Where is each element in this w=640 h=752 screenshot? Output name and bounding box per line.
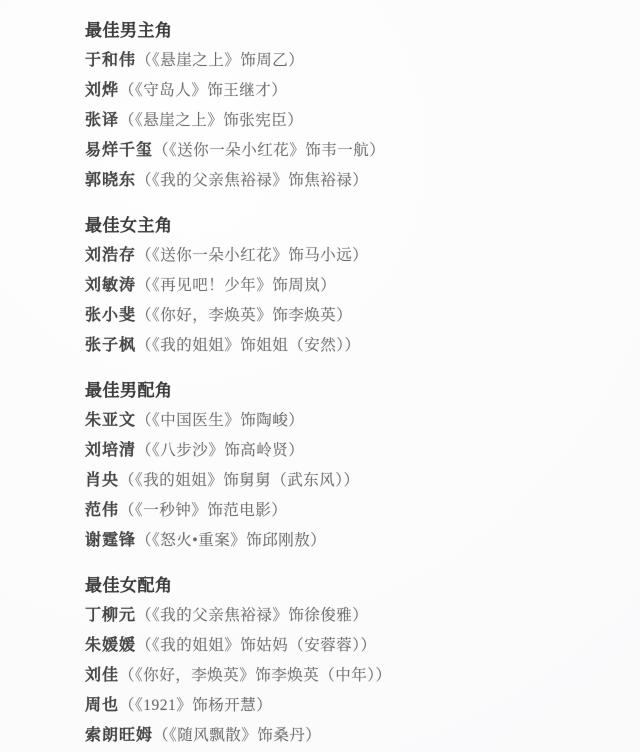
section-best-supporting-actress: 最佳女配角 丁柳元（《我的父亲焦裕禄》饰徐俊雅） 朱媛媛（《我的姐姐》饰姑妈（安…: [85, 571, 600, 751]
nominee-name: 刘敏涛: [85, 277, 136, 294]
nominee-name: 谢霆锋: [85, 532, 136, 549]
nominee-detail: （《守岛人》饰王继才）: [119, 82, 287, 99]
section-title: 最佳男主角: [85, 16, 600, 46]
nominee-detail: （《你好，李焕英》饰李焕英）: [136, 307, 352, 324]
nominee-row: 刘烨（《守岛人》饰王继才）: [85, 76, 600, 106]
nominee-name: 刘培清: [85, 442, 136, 459]
nominee-detail: （《送你一朵小红花》饰韦一航）: [153, 142, 385, 159]
nominee-row: 刘敏涛（《再见吧！少年》饰周岚）: [85, 271, 600, 301]
nominee-row: 谢霆锋（《怒火•重案》饰邱刚敖）: [85, 526, 600, 556]
nominee-row: 郭晓东（《我的父亲焦裕禄》饰焦裕禄）: [85, 166, 600, 196]
nominee-name: 朱媛媛: [85, 637, 136, 654]
nominee-row: 肖央（《我的姐姐》饰舅舅（武东风））: [85, 466, 600, 496]
nominee-name: 郭晓东: [85, 172, 136, 189]
nominee-detail: （《我的姐姐》饰姑妈（安蓉蓉））: [136, 637, 377, 654]
nominee-row: 刘浩存（《送你一朵小红花》饰马小远）: [85, 241, 600, 271]
nominee-name: 刘佳: [85, 667, 119, 684]
nominee-detail: （《1921》饰杨开慧）: [119, 697, 272, 714]
nominee-detail: （《送你一朵小红花》饰马小远）: [136, 247, 368, 264]
nominee-name: 张译: [85, 112, 119, 129]
nominee-row: 刘佳（《你好，李焕英》饰李焕英（中年））: [85, 661, 600, 691]
nominee-detail: （《我的父亲焦裕禄》饰徐俊雅）: [136, 607, 368, 624]
award-nominees-document: 最佳男主角 于和伟（《悬崖之上》饰周乙） 刘烨（《守岛人》饰王继才） 张译（《悬…: [0, 0, 640, 752]
nominee-row: 张译（《悬崖之上》饰张宪臣）: [85, 106, 600, 136]
nominee-detail: （《我的姐姐》饰舅舅（武东风））: [119, 472, 360, 489]
nominee-detail: （《我的姐姐》饰姐姐（安然））: [136, 337, 361, 354]
nominee-name: 周也: [85, 697, 119, 714]
nominee-detail: （《我的父亲焦裕禄》饰焦裕禄）: [136, 172, 368, 189]
nominee-detail: （《再见吧！少年》饰周岚）: [136, 277, 336, 294]
nominee-row: 张子枫（《我的姐姐》饰姐姐（安然））: [85, 331, 600, 361]
nominee-row: 丁柳元（《我的父亲焦裕禄》饰徐俊雅）: [85, 601, 600, 631]
nominee-row: 范伟（《一秒钟》饰范电影）: [85, 496, 600, 526]
nominee-name: 索朗旺姆: [85, 727, 153, 744]
nominee-name: 刘浩存: [85, 247, 136, 264]
nominee-name: 易烊千玺: [85, 142, 153, 159]
nominee-row: 索朗旺姆（《随风飘散》饰桑丹）: [85, 721, 600, 751]
nominee-row: 张小斐（《你好，李焕英》饰李焕英）: [85, 301, 600, 331]
section-best-supporting-actor: 最佳男配角 朱亚文（《中国医生》饰陶峻） 刘培清（《八步沙》饰高岭贤） 肖央（《…: [85, 376, 600, 556]
nominee-row: 朱媛媛（《我的姐姐》饰姑妈（安蓉蓉））: [85, 631, 600, 661]
section-title: 最佳女配角: [85, 571, 600, 601]
nominee-row: 朱亚文（《中国医生》饰陶峻）: [85, 406, 600, 436]
nominee-name: 张子枫: [85, 337, 136, 354]
nominee-name: 刘烨: [85, 82, 119, 99]
nominee-name: 肖央: [85, 472, 119, 489]
nominee-detail: （《随风飘散》饰桑丹）: [153, 727, 321, 744]
nominee-detail: （《怒火•重案》饰邱刚敖）: [136, 532, 326, 549]
nominee-detail: （《一秒钟》饰范电影）: [119, 502, 287, 519]
nominee-detail: （《你好，李焕英》饰李焕英（中年））: [119, 667, 392, 684]
section-title: 最佳男配角: [85, 376, 600, 406]
nominee-name: 丁柳元: [85, 607, 136, 624]
nominee-detail: （《八步沙》饰高岭贤）: [136, 442, 304, 459]
nominee-detail: （《悬崖之上》饰周乙）: [136, 52, 304, 69]
nominee-name: 张小斐: [85, 307, 136, 324]
nominee-name: 朱亚文: [85, 412, 136, 429]
nominee-row: 刘培清（《八步沙》饰高岭贤）: [85, 436, 600, 466]
section-best-actor: 最佳男主角 于和伟（《悬崖之上》饰周乙） 刘烨（《守岛人》饰王继才） 张译（《悬…: [85, 16, 600, 196]
nominee-row: 于和伟（《悬崖之上》饰周乙）: [85, 46, 600, 76]
nominee-row: 周也（《1921》饰杨开慧）: [85, 691, 600, 721]
nominee-name: 范伟: [85, 502, 119, 519]
nominee-row: 易烊千玺（《送你一朵小红花》饰韦一航）: [85, 136, 600, 166]
section-best-actress: 最佳女主角 刘浩存（《送你一朵小红花》饰马小远） 刘敏涛（《再见吧！少年》饰周岚…: [85, 211, 600, 361]
nominee-detail: （《中国医生》饰陶峻）: [136, 412, 304, 429]
nominee-name: 于和伟: [85, 52, 136, 69]
section-title: 最佳女主角: [85, 211, 600, 241]
nominee-detail: （《悬崖之上》饰张宪臣）: [119, 112, 303, 129]
